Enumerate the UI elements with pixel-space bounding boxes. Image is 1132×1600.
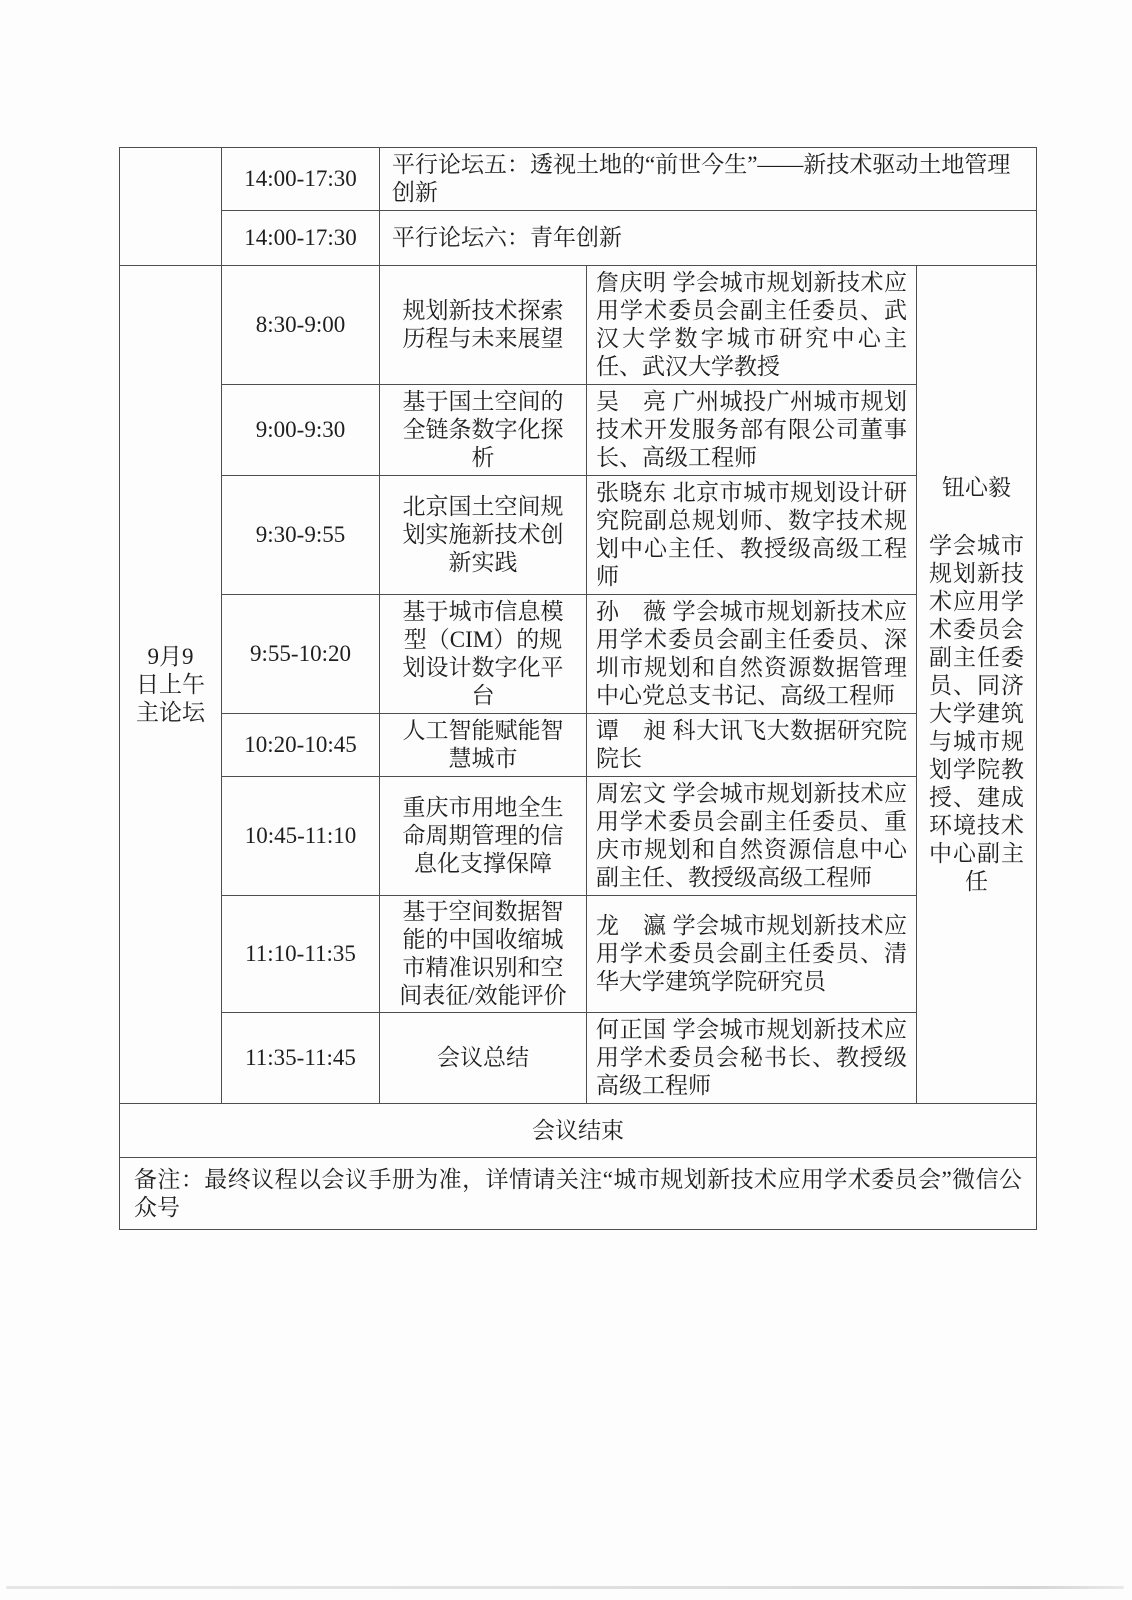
topic-cell: 会议总结 [380,1013,587,1104]
topic-cell: 重庆市用地全生命周期管理的信息化支撑保障 [380,777,587,896]
time-cell: 9:00-9:30 [222,385,380,476]
topic-cell: 规划新技术探索历程与未来展望 [380,266,587,385]
session-row: 9月9 日上午 主论坛 8:30-9:00 规划新技术探索历程与未来展望 詹庆明… [120,266,1037,385]
session-row: 10:20-10:45 人工智能赋能智慧城市 谭 昶 科大讯飞大数据研究院院长 [120,714,1037,777]
topic-cell: 基于空间数据智能的中国收缩城市精准识别和空间表征/效能评价 [380,896,587,1013]
time-cell: 11:35-11:45 [222,1013,380,1104]
session-row: 9:55-10:20 基于城市信息模型（CIM）的规划设计数字化平台 孙 薇 学… [120,595,1037,714]
parallel-forum-row-5: 14:00-17:30 平行论坛五：透视土地的“前世今生”——新技术驱动土地管理… [120,148,1037,211]
session-row: 9:00-9:30 基于国土空间的全链条数字化探析 吴 亮 广州城投广州城市规划… [120,385,1037,476]
time-cell: 10:45-11:10 [222,777,380,896]
speaker-cell: 谭 昶 科大讯飞大数据研究院院长 [587,714,917,777]
moderator-name: 钮心毅 [929,474,1024,502]
moderator-cell: 钮心毅 学会城市规划新技术应用学术委员会副主任委员、同济大学建筑与城市规划学院教… [917,266,1037,1104]
time-cell: 14:00-17:30 [222,211,380,266]
topic-cell: 人工智能赋能智慧城市 [380,714,587,777]
session-row: 11:35-11:45 会议总结 何正国 学会城市规划新技术应用学术委员会秘书长… [120,1013,1037,1104]
page-bottom-scan-edge [6,1586,1124,1589]
topic-cell: 基于城市信息模型（CIM）的规划设计数字化平台 [380,595,587,714]
speaker-cell: 吴 亮 广州城投广州城市规划技术开发服务部有限公司董事长、高级工程师 [587,385,917,476]
date-cell-empty [120,148,222,266]
date-cell: 9月9 日上午 主论坛 [120,266,222,1104]
time-cell: 14:00-17:30 [222,148,380,211]
note-row: 备注：最终议程以会议手册为准，详情请关注“城市规划新技术应用学术委员会”微信公众… [120,1158,1037,1230]
closing-cell: 会议结束 [120,1104,1037,1158]
moderator-title: 学会城市规划新技术应用学术委员会副主任委员、同济大学建筑与城市规划学院教授、建成… [929,532,1024,896]
time-cell: 9:30-9:55 [222,476,380,595]
speaker-cell: 张晓东 北京市城市规划设计研究院副总规划师、数字技术规划中心主任、教授级高级工程… [587,476,917,595]
closing-row: 会议结束 [120,1104,1037,1158]
topic-cell: 北京国土空间规划实施新技术创新实践 [380,476,587,595]
scanned-agenda-page: 14:00-17:30 平行论坛五：透视土地的“前世今生”——新技术驱动土地管理… [0,0,1132,1600]
speaker-cell: 詹庆明 学会城市规划新技术应用学术委员会副主任委员、武汉大学数字城市研究中心主任… [587,266,917,385]
parallel-forum-row-6: 14:00-17:30 平行论坛六：青年创新 [120,211,1037,266]
agenda-table: 14:00-17:30 平行论坛五：透视土地的“前世今生”——新技术驱动土地管理… [119,147,1037,1230]
time-cell: 8:30-9:00 [222,266,380,385]
speaker-cell: 孙 薇 学会城市规划新技术应用学术委员会副主任委员、深圳市规划和自然资源数据管理… [587,595,917,714]
session-row: 10:45-11:10 重庆市用地全生命周期管理的信息化支撑保障 周宏文 学会城… [120,777,1037,896]
session-row: 11:10-11:35 基于空间数据智能的中国收缩城市精准识别和空间表征/效能评… [120,896,1037,1013]
speaker-cell: 龙 瀛 学会城市规划新技术应用学术委员会副主任委员、清华大学建筑学院研究员 [587,896,917,1013]
time-cell: 11:10-11:35 [222,896,380,1013]
forum-title-cell: 平行论坛六：青年创新 [380,211,1037,266]
topic-cell: 基于国土空间的全链条数字化探析 [380,385,587,476]
session-row: 9:30-9:55 北京国土空间规划实施新技术创新实践 张晓东 北京市城市规划设… [120,476,1037,595]
forum-title-cell: 平行论坛五：透视土地的“前世今生”——新技术驱动土地管理创新 [380,148,1037,211]
speaker-cell: 何正国 学会城市规划新技术应用学术委员会秘书长、教授级高级工程师 [587,1013,917,1104]
time-cell: 10:20-10:45 [222,714,380,777]
note-cell: 备注：最终议程以会议手册为准，详情请关注“城市规划新技术应用学术委员会”微信公众… [120,1158,1037,1230]
speaker-cell: 周宏文 学会城市规划新技术应用学术委员会副主任委员、重庆市规划和自然资源信息中心… [587,777,917,896]
time-cell: 9:55-10:20 [222,595,380,714]
